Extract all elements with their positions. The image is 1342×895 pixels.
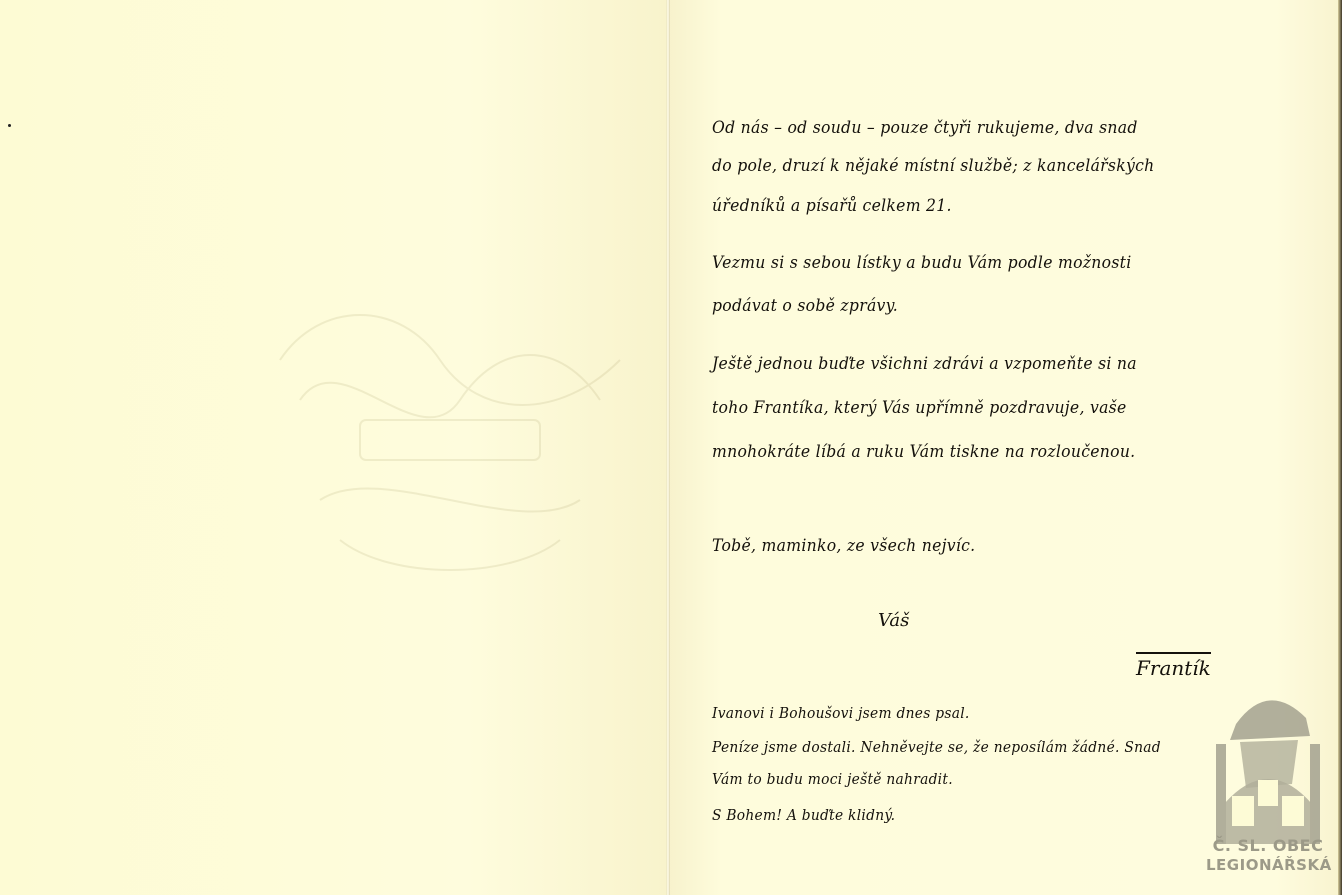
letter-line: do pole, druzí k nějaké místní službě; z… bbox=[712, 156, 1154, 176]
postscript-line: Vám to budu moci ještě nahradit. bbox=[712, 770, 953, 788]
postscript-line: Ivanovi i Bohoušovi jsem dnes psal. bbox=[712, 704, 970, 722]
ink-speck bbox=[8, 124, 11, 127]
signature: Frantík bbox=[1136, 652, 1211, 680]
postscript-line: Peníze jsme dostali. Nehněvejte se, že n… bbox=[712, 738, 1161, 756]
letter-line: Od nás – od soudu – pouze čtyři rukujeme… bbox=[712, 118, 1138, 138]
legion-logo: Č. SL. OBEC LEGIONÁŘSKÁ bbox=[1206, 684, 1330, 884]
logo-line-2: LEGIONÁŘSKÁ bbox=[1206, 856, 1330, 874]
letter-spread bbox=[0, 0, 1342, 895]
closing: Váš bbox=[878, 610, 909, 631]
letter-line: Ještě jednou buďte všichni zdrávi a vzpo… bbox=[712, 354, 1137, 374]
letter-line: úředníků a písařů celkem 21. bbox=[712, 196, 952, 216]
legionnaire-helmet-crest-icon bbox=[1206, 684, 1330, 844]
paper-edge bbox=[1338, 0, 1342, 895]
postscript-line: S Bohem! A buďte klidný. bbox=[712, 806, 895, 824]
letter-line: mnohokráte líbá a ruku Vám tiskne na roz… bbox=[712, 442, 1135, 462]
letter-line: toho Frantíka, který Vás upřímně pozdrav… bbox=[712, 398, 1127, 418]
letter-line: podávat o sobě zprávy. bbox=[712, 296, 898, 316]
letter-line: Tobě, maminko, ze všech nejvíc. bbox=[712, 536, 975, 556]
logo-line-1: Č. SL. OBEC bbox=[1206, 836, 1330, 855]
letter-line: Vezmu si s sebou lístky a budu Vám podle… bbox=[712, 253, 1131, 273]
page-fold bbox=[666, 0, 670, 895]
left-page bbox=[0, 0, 668, 895]
letterhead-watermark-icon bbox=[240, 280, 660, 610]
